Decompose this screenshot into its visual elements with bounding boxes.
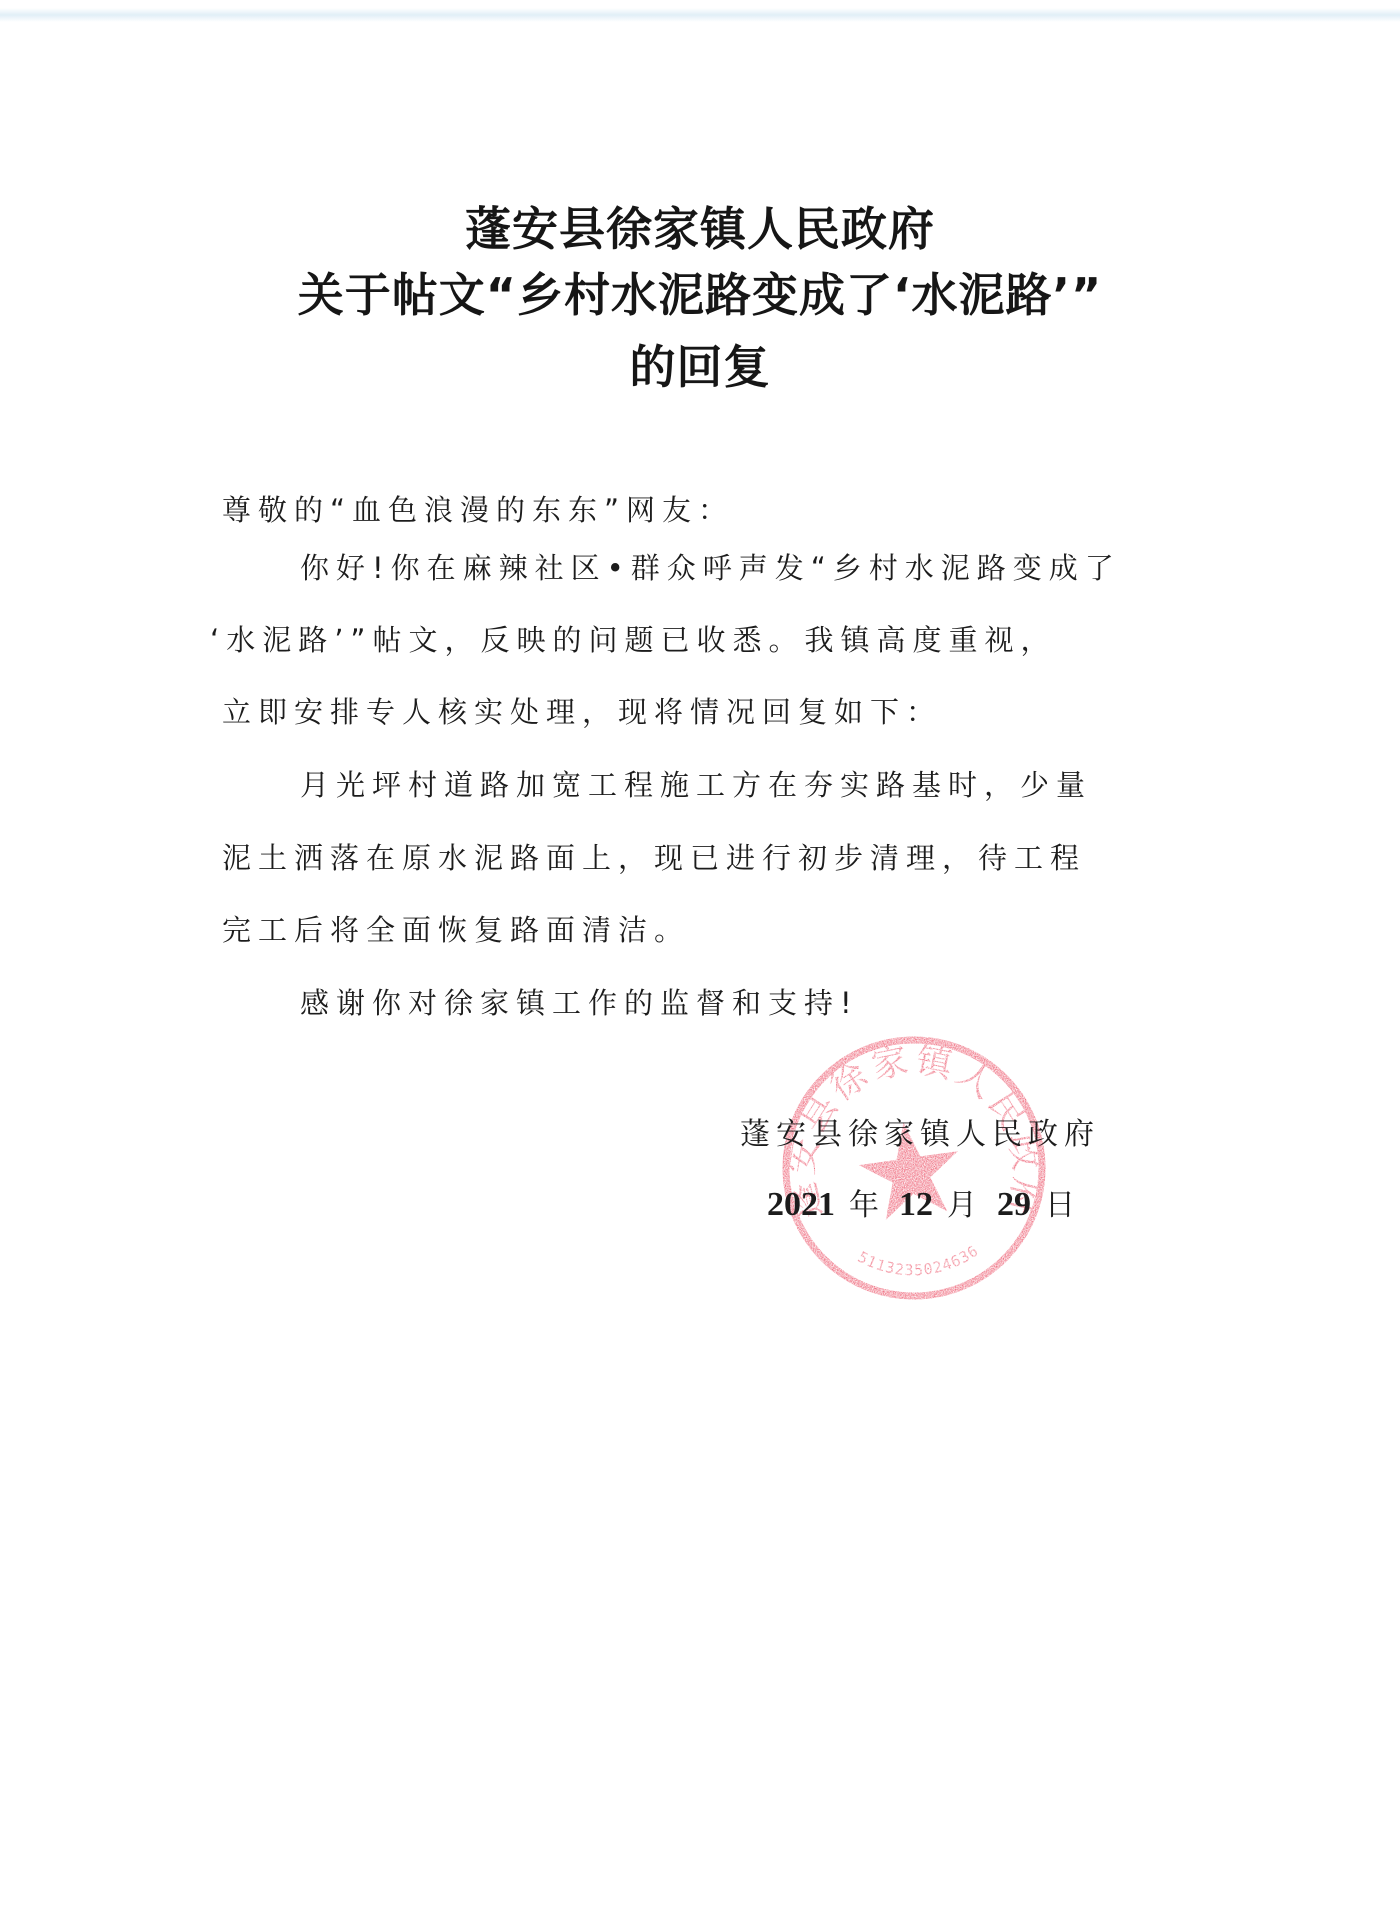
date-year-unit: 年 bbox=[849, 1188, 885, 1223]
body-paragraph-2-line-1: 月光坪村道路加宽工程施工方在夯实路基时，少量 bbox=[300, 765, 1092, 805]
date-year: 2021 bbox=[767, 1186, 835, 1223]
body-paragraph-1-line-3: 立即安排专人核实处理，现将情况回复如下： bbox=[222, 692, 942, 732]
document-title-line-3: 的回复 bbox=[0, 333, 1400, 401]
signature-issuer: 蓬安县徐家镇人民政府 bbox=[740, 1115, 1100, 1155]
body-paragraph-2-line-2: 泥土洒落在原水泥路面上，现已进行初步清理，待工程 bbox=[222, 838, 1086, 878]
date-month-unit: 月 bbox=[947, 1188, 983, 1223]
signature-date: 2021年12月29日 bbox=[767, 1185, 1095, 1226]
document-title-line-1: 蓬安县徐家镇人民政府 bbox=[0, 195, 1400, 263]
body-paragraph-1-line-1: 你好!你在麻辣社区•群众呼声发“乡村水泥路变成了 bbox=[300, 548, 1121, 588]
date-day: 29 bbox=[997, 1186, 1031, 1223]
closing-thanks: 感谢你对徐家镇工作的监督和支持! bbox=[300, 983, 859, 1023]
salutation: 尊敬的“血色浪漫的东东”网友： bbox=[222, 490, 734, 530]
body-paragraph-2-line-3: 完工后将全面恢复路面清洁。 bbox=[222, 910, 690, 950]
body-paragraph-1-line-2: ‘水泥路’”帖文，反映的问题已收悉。我镇高度重视， bbox=[210, 620, 1056, 660]
official-seal: 蓬安县徐家镇人民政府 5113235024636 bbox=[780, 1034, 1048, 1302]
seal-code: 5113235024636 bbox=[855, 1241, 982, 1279]
date-month: 12 bbox=[899, 1186, 933, 1223]
svg-text:5113235024636: 5113235024636 bbox=[855, 1241, 982, 1279]
date-day-unit: 日 bbox=[1045, 1188, 1081, 1223]
document-page: 蓬安县徐家镇人民政府 关于帖文“乡村水泥路变成了‘水泥路’” 的回复 尊敬的“血… bbox=[0, 0, 1400, 1925]
document-title-line-2: 关于帖文“乡村水泥路变成了‘水泥路’” bbox=[0, 261, 1400, 329]
